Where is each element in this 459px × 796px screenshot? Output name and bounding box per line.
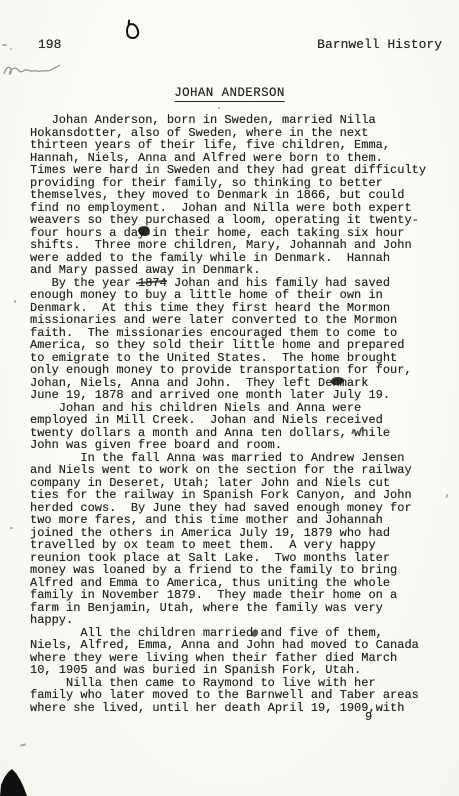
paragraph: Johan and his children Niels and Anna we…: [30, 402, 451, 452]
running-header: Barnwell History: [317, 38, 442, 52]
article-body: Johan Anderson, born in Sweden, married …: [30, 114, 451, 714]
scan-speck: [10, 48, 12, 50]
scan-speck: [10, 527, 13, 529]
ink-drop-blot: [125, 22, 140, 40]
scan-speck: [20, 743, 26, 746]
scan-speck: [2, 44, 7, 46]
page-number: 198: [38, 38, 61, 52]
paragraph: Nilla then came to Raymond to live with …: [30, 677, 451, 715]
page-title: JOHAN ANDERSON: [174, 86, 285, 102]
corner-ink-blot: [0, 769, 27, 796]
paragraph: By the year 1874 Johan and his family ha…: [30, 277, 451, 402]
paragraph: In the fall Anna was married to Andrew J…: [30, 452, 451, 627]
scan-speck: [218, 107, 220, 109]
scan-speck: [14, 300, 16, 303]
handwriting-squiggle: [2, 58, 72, 82]
paragraph: All the children married and five of the…: [30, 627, 451, 677]
paragraph: Johan Anderson, born in Sweden, married …: [30, 114, 451, 277]
scanned-document-page: 198 Barnwell History JOHAN ANDERSON Joha…: [0, 0, 459, 796]
